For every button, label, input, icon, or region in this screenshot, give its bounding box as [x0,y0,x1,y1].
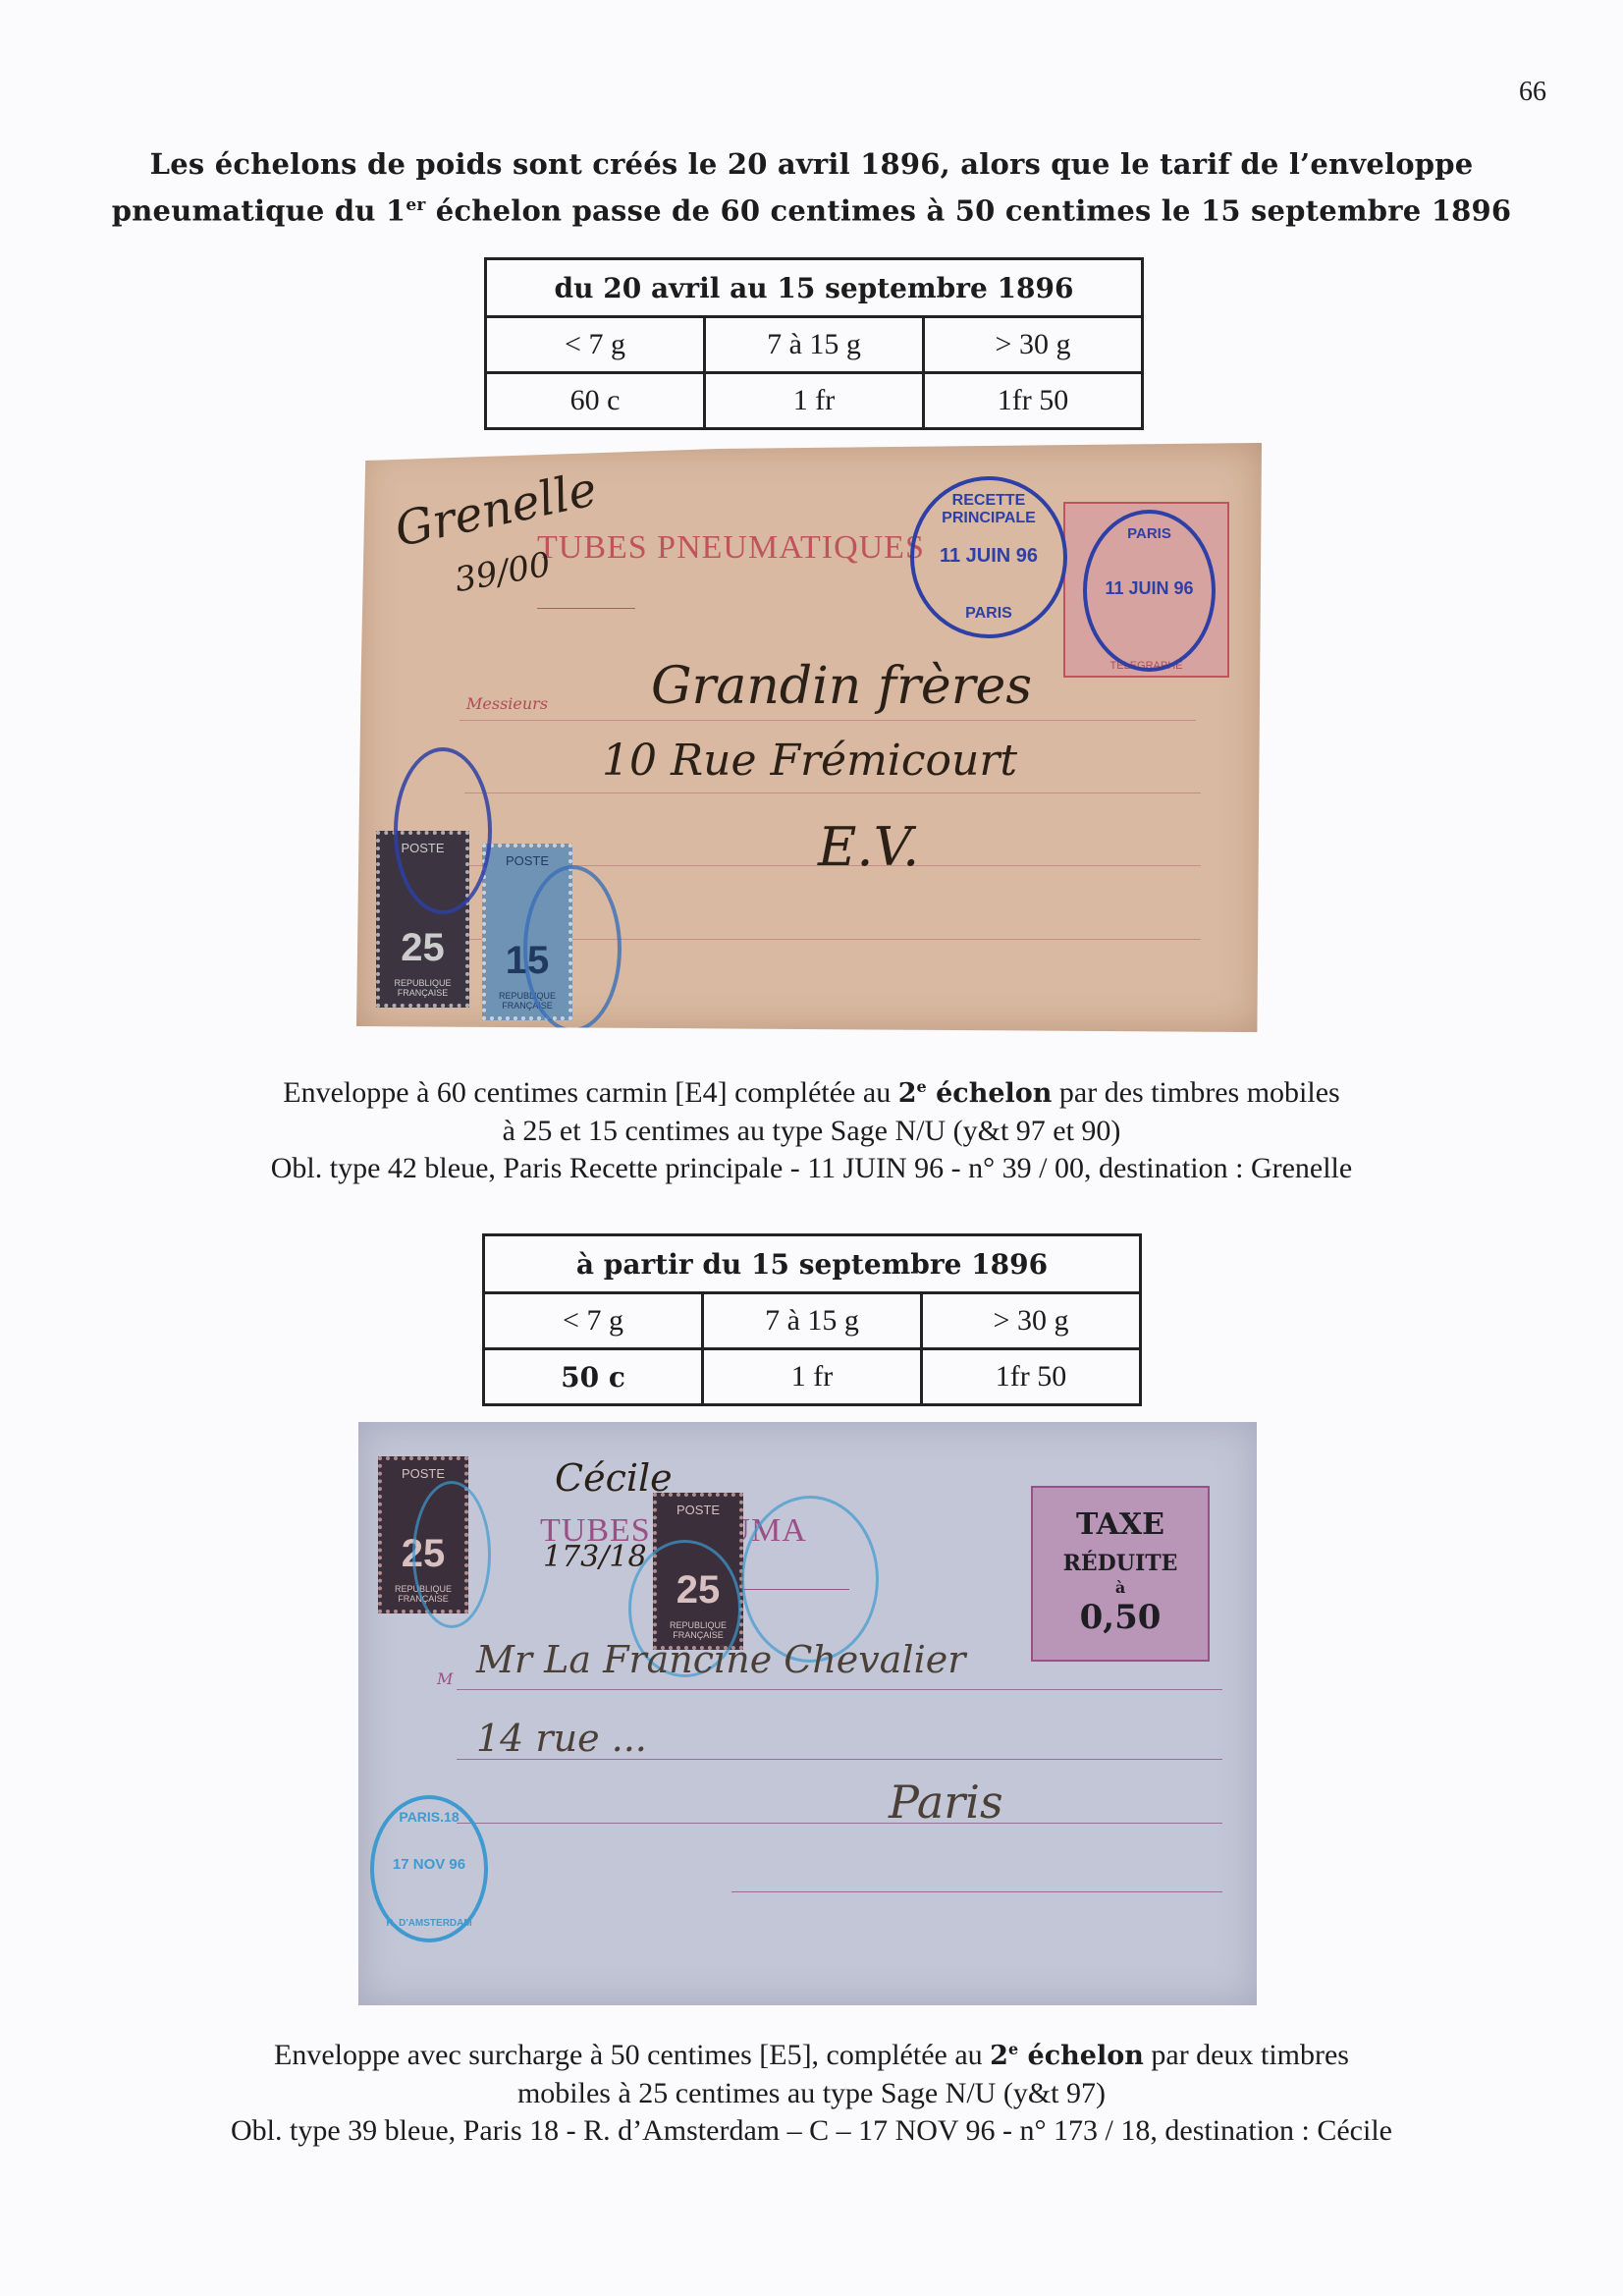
price-cell: 1fr 50 [922,1349,1141,1405]
rate-table-1: du 20 avril au 15 septembre 1896 < 7 g 7… [484,257,1144,430]
headline-superscript: er [406,195,425,215]
headline-text: pneumatique du 1 [112,194,406,228]
address-rule [457,1689,1222,1690]
stamp-country: REPUBLIQUE FRANÇAISE [380,978,465,998]
surcharge-text: à [1033,1578,1208,1597]
postmark-text: PARIS [1087,525,1212,542]
weight-cell: 7 à 15 g [705,317,924,373]
caption-1: Enveloppe à 60 centimes carmin [E4] comp… [0,1068,1623,1187]
caption-superscript: e [917,1077,927,1096]
caption-line-3: Obl. type 42 bleue, Paris Recette princi… [0,1150,1623,1187]
weight-cell: 7 à 15 g [703,1293,922,1349]
address-rule [731,1891,1222,1892]
cover-2-enveloppe-surcharge-50c: TUBES PNEUMA TAXE RÉDUITE à 0,50 POSTE 2… [358,1422,1257,2005]
caption-bold-text: échelon [927,1078,1053,1109]
page-number: 66 [1519,77,1546,108]
caption-text: Enveloppe avec surcharge à 50 centimes [… [274,2039,990,2071]
manuscript-destination: Cécile [555,1456,673,1500]
caption-bold-text: échelon [1018,2041,1144,2071]
stamp-cancel [394,747,492,914]
caption-bold: 2e échelon [990,2041,1144,2071]
imprinted-stamp-surcharged: TAXE RÉDUITE à 0,50 [1031,1486,1210,1662]
price-cell-highlighted: 50 c [484,1349,703,1405]
price-cell: 1 fr [703,1349,922,1405]
postmark-text: PARIS.18 [374,1809,484,1825]
headline-line-2: pneumatique du 1er échelon passe de 60 c… [0,185,1623,232]
stamp-label: POSTE [382,1466,464,1481]
postmark-date: 17 NOV 96 [374,1856,484,1873]
address-line: Paris [889,1776,1003,1829]
address-line: 14 rue ... [476,1717,647,1760]
address-rule [464,793,1201,793]
caption-line-1: Enveloppe à 60 centimes carmin [E4] comp… [0,1068,1623,1113]
address-line: Mr La Francine Chevalier [476,1638,965,1681]
address-line: E.V. [818,816,919,878]
postmark-date: 11 JUIN 96 [1087,578,1212,599]
surcharge-value: 0,50 [1033,1598,1208,1637]
postmark-cancel: RECETTE PRINCIPALE 11 JUIN 96 PARIS [910,476,1067,638]
surcharge-text: TAXE [1033,1507,1208,1542]
stamp-label: POSTE [657,1503,739,1517]
caption-line-3: Obl. type 39 bleue, Paris 18 - R. d’Amst… [0,2112,1623,2150]
postmark-text: RECETTE PRINCIPALE [914,492,1063,527]
rate-table-title: à partir du 15 septembre 1896 [484,1235,1141,1293]
caption-line-2: mobiles à 25 centimes au type Sage N/U (… [0,2075,1623,2112]
manuscript-number: 173/18 [543,1540,647,1574]
stamp-cancel [412,1481,491,1628]
weight-cell: > 30 g [922,1293,1141,1349]
address-rule [457,1823,1222,1824]
price-cell: 60 c [486,373,705,429]
headline-line-1: Les échelons de poids sont créés le 20 a… [0,143,1623,185]
cover-1-enveloppe-60c: TUBES PNEUMATIQUES TELEGRAPHE RECETTE PR… [356,443,1262,1032]
postmark-cancel: PARIS.18 17 NOV 96 R. D'AMSTERDAM [370,1795,488,1942]
address-prefix: Messieurs [466,694,548,713]
weight-cell: < 7 g [484,1293,703,1349]
address-line: Grandin frères [651,657,1032,716]
headline-text: échelon passe de 60 centimes à 50 centim… [426,194,1512,228]
address-rule [460,720,1196,721]
manuscript-number: 39/00 [452,545,553,600]
caption-bold: 2e échelon [898,1078,1053,1109]
price-cell: 1fr 50 [924,373,1143,429]
caption-text: par deux timbres [1144,2039,1349,2071]
rule-line [537,608,635,609]
rate-table-2: à partir du 15 septembre 1896 < 7 g 7 à … [482,1233,1142,1406]
caption-bold-text: 2 [990,2041,1008,2071]
postmark-text: R. D'AMSTERDAM [374,1918,484,1929]
stamp-cancel [523,865,622,1032]
postmark-cancel: PARIS 11 JUIN 96 [1083,510,1216,672]
caption-text: par des timbres mobiles [1052,1076,1339,1109]
caption-line-1: Enveloppe avec surcharge à 50 centimes [… [0,2031,1623,2075]
weight-cell: > 30 g [924,317,1143,373]
caption-2: Enveloppe avec surcharge à 50 centimes [… [0,2031,1623,2150]
page-headline: Les échelons de poids sont créés le 20 a… [0,143,1623,232]
caption-bold-text: 2 [898,1078,917,1109]
surcharge-text: RÉDUITE [1033,1551,1208,1576]
address-line: 10 Rue Frémicourt [602,736,1017,786]
caption-line-2: à 25 et 15 centimes au type Sage N/U (y&… [0,1113,1623,1150]
caption-text: Enveloppe à 60 centimes carmin [E4] comp… [283,1076,897,1109]
rate-table-title: du 20 avril au 15 septembre 1896 [486,259,1143,317]
price-cell: 1 fr [705,373,924,429]
stamp-value: 25 [380,926,465,970]
postmark-text: PARIS [914,605,1063,623]
postmark-date: 11 JUIN 96 [914,545,1063,568]
printed-title: TUBES PNEUMATIQUES [537,529,925,567]
stamp-label: POSTE [486,853,568,868]
address-prefix: M [437,1669,453,1688]
weight-cell: < 7 g [486,317,705,373]
caption-superscript: e [1008,2040,1018,2058]
